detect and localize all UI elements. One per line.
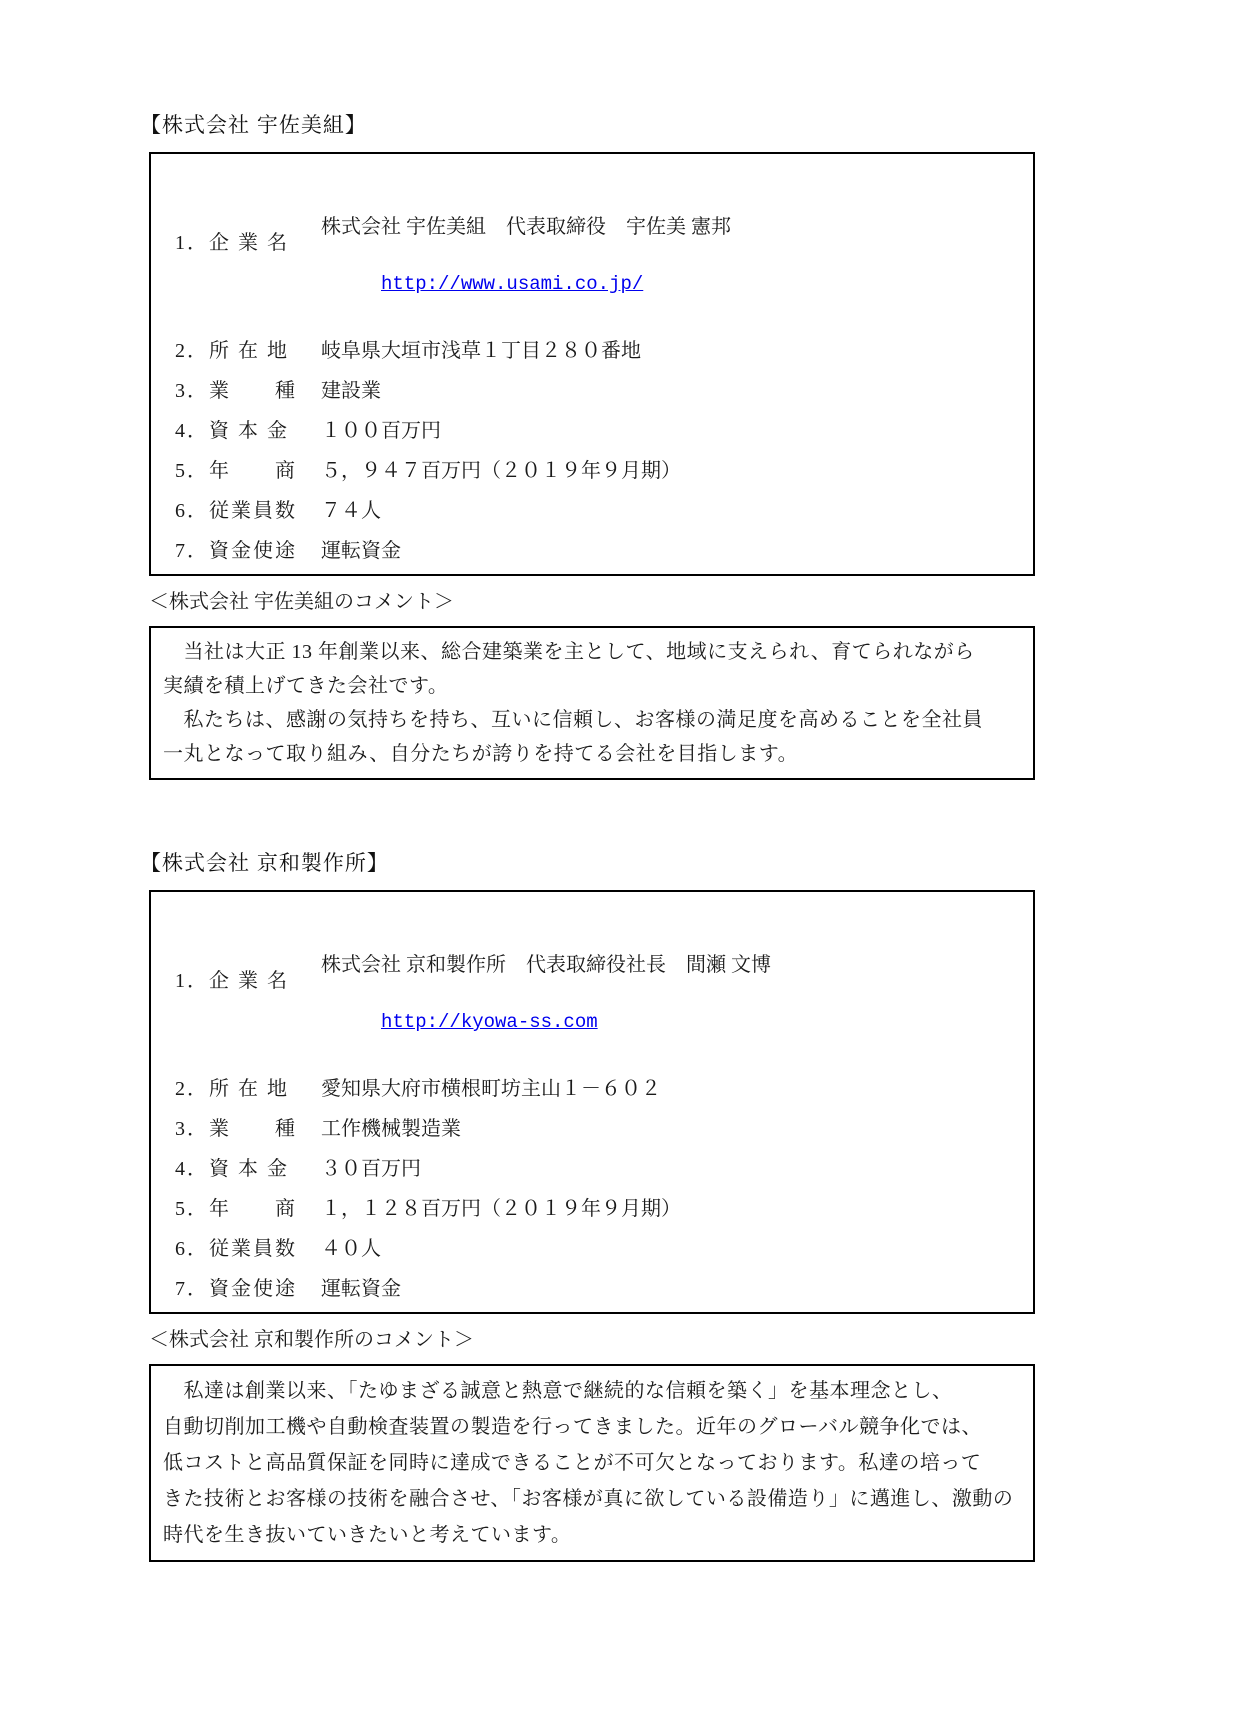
row-value: 愛知県大府市横根町坊主山１－６０２ bbox=[321, 1076, 1019, 1102]
table-row-capital: 4．資 本 金 ３０百万円 bbox=[175, 1156, 1019, 1182]
company-name-text: 株式会社 京和製作所 代表取締役社長 間瀬 文博 bbox=[321, 952, 1019, 979]
table-row-address: 2．所 在 地 岐阜県大垣市浅草１丁目２８０番地 bbox=[175, 338, 1019, 364]
row-label: 3．業 種 bbox=[175, 378, 321, 404]
row-label: 4．資 本 金 bbox=[175, 418, 321, 444]
row-value: ７４人 bbox=[321, 498, 1019, 524]
comment-heading: ＜株式会社 宇佐美組のコメント＞ bbox=[149, 589, 1036, 615]
table-row-use-of-funds: 7．資金使途 運転資金 bbox=[175, 538, 1019, 564]
row-label: 7．資金使途 bbox=[175, 538, 321, 564]
company-url-link[interactable]: http://www.usami.co.jp/ bbox=[381, 271, 643, 298]
row-value: 工作機械製造業 bbox=[321, 1116, 1019, 1142]
table-row-employees: 6．従業員数 ７４人 bbox=[175, 498, 1019, 524]
row-label: 2．所 在 地 bbox=[175, 338, 321, 364]
comment-box: 当社は大正 13 年創業以来、総合建築業を主として、地域に支えられ、育てられなが… bbox=[149, 626, 1035, 780]
table-row-capital: 4．資 本 金 １００百万円 bbox=[175, 418, 1019, 444]
row-value: 株式会社 京和製作所 代表取締役社長 間瀬 文博 http://kyowa-ss… bbox=[321, 900, 1019, 1062]
row-label: 6．従業員数 bbox=[175, 1236, 321, 1262]
row-label: 1．企 業 名 bbox=[175, 230, 321, 256]
company-profile-table: 1．企 業 名 株式会社 宇佐美組 代表取締役 宇佐美 憲邦 http://ww… bbox=[149, 152, 1035, 576]
row-value: ３０百万円 bbox=[321, 1156, 1019, 1182]
section-heading: 【株式会社 京和製作所】 bbox=[140, 850, 1036, 878]
section-gap bbox=[140, 780, 1036, 850]
table-row-employees: 6．従業員数 ４０人 bbox=[175, 1236, 1019, 1262]
table-row-annual-sales: 5．年 商 ５，９４７百万円（２０１９年９月期） bbox=[175, 458, 1019, 484]
row-value: 建設業 bbox=[321, 378, 1019, 404]
row-value: ５，９４７百万円（２０１９年９月期） bbox=[321, 458, 1019, 484]
table-row-industry: 3．業 種 建設業 bbox=[175, 378, 1019, 404]
row-label: 6．従業員数 bbox=[175, 498, 321, 524]
row-value: １００百万円 bbox=[321, 418, 1019, 444]
comment-line: 当社は大正 13 年創業以来、総合建築業を主として、地域に支えられ、育てられなが… bbox=[163, 635, 1021, 669]
comment-box: 私達は創業以来、「たゆまざる誠意と熱意で継続的な信頼を築く」を基本理念とし、 自… bbox=[149, 1364, 1035, 1562]
company-profile-table: 1．企 業 名 株式会社 京和製作所 代表取締役社長 間瀬 文博 http://… bbox=[149, 890, 1035, 1314]
table-row-company-name: 1．企 業 名 株式会社 京和製作所 代表取締役社長 間瀬 文博 http://… bbox=[175, 900, 1019, 1062]
row-label: 1．企 業 名 bbox=[175, 968, 321, 994]
company-url-link[interactable]: http://kyowa-ss.com bbox=[381, 1009, 598, 1036]
row-label: 5．年 商 bbox=[175, 1196, 321, 1222]
table-row-address: 2．所 在 地 愛知県大府市横根町坊主山１－６０２ bbox=[175, 1076, 1019, 1102]
row-value: １，１２８百万円（２０１９年９月期） bbox=[321, 1196, 1019, 1222]
row-label: 3．業 種 bbox=[175, 1116, 321, 1142]
comment-line: 私たちは、感謝の気持ちを持ち、互いに信頼し、お客様の満足度を高めることを全社員 bbox=[163, 703, 1021, 737]
table-row-industry: 3．業 種 工作機械製造業 bbox=[175, 1116, 1019, 1142]
comment-line: 私達は創業以来、「たゆまざる誠意と熱意で継続的な信頼を築く」を基本理念とし、 bbox=[163, 1373, 1021, 1409]
section-heading: 【株式会社 宇佐美組】 bbox=[140, 112, 1036, 140]
comment-line: 実績を積上げてきた会社です。 bbox=[163, 669, 1021, 703]
table-row-company-name: 1．企 業 名 株式会社 宇佐美組 代表取締役 宇佐美 憲邦 http://ww… bbox=[175, 162, 1019, 324]
row-label: 4．資 本 金 bbox=[175, 1156, 321, 1182]
document-page: 【株式会社 宇佐美組】 1．企 業 名 株式会社 宇佐美組 代表取締役 宇佐美 … bbox=[0, 0, 1234, 1714]
table-row-use-of-funds: 7．資金使途 運転資金 bbox=[175, 1276, 1019, 1302]
row-value: 株式会社 宇佐美組 代表取締役 宇佐美 憲邦 http://www.usami.… bbox=[321, 162, 1019, 324]
row-value: 岐阜県大垣市浅草１丁目２８０番地 bbox=[321, 338, 1019, 364]
comment-line: 低コストと高品質保証を同時に達成できることが不可欠となっております。私達の培って bbox=[163, 1445, 1021, 1481]
row-label: 7．資金使途 bbox=[175, 1276, 321, 1302]
section-kyowa: 【株式会社 京和製作所】 1．企 業 名 株式会社 京和製作所 代表取締役社長 … bbox=[140, 850, 1036, 1562]
section-usami: 【株式会社 宇佐美組】 1．企 業 名 株式会社 宇佐美組 代表取締役 宇佐美 … bbox=[140, 112, 1036, 780]
document-content: 【株式会社 宇佐美組】 1．企 業 名 株式会社 宇佐美組 代表取締役 宇佐美 … bbox=[140, 112, 1036, 1562]
comment-line: 時代を生き抜いていきたいと考えています。 bbox=[163, 1517, 1021, 1553]
row-value: 運転資金 bbox=[321, 538, 1019, 564]
row-value: ４０人 bbox=[321, 1236, 1019, 1262]
row-label: 5．年 商 bbox=[175, 458, 321, 484]
company-name-text: 株式会社 宇佐美組 代表取締役 宇佐美 憲邦 bbox=[321, 214, 1019, 241]
comment-heading: ＜株式会社 京和製作所のコメント＞ bbox=[149, 1327, 1036, 1353]
comment-line: 一丸となって取り組み、自分たちが誇りを持てる会社を目指します。 bbox=[163, 737, 1021, 771]
comment-line: 自動切削加工機や自動検査装置の製造を行ってきました。近年のグローバル競争化では、 bbox=[163, 1409, 1021, 1445]
comment-line: きた技術とお客様の技術を融合させ、「お客様が真に欲している設備造り」に邁進し、激… bbox=[163, 1481, 1021, 1517]
table-row-annual-sales: 5．年 商 １，１２８百万円（２０１９年９月期） bbox=[175, 1196, 1019, 1222]
row-value: 運転資金 bbox=[321, 1276, 1019, 1302]
row-label: 2．所 在 地 bbox=[175, 1076, 321, 1102]
